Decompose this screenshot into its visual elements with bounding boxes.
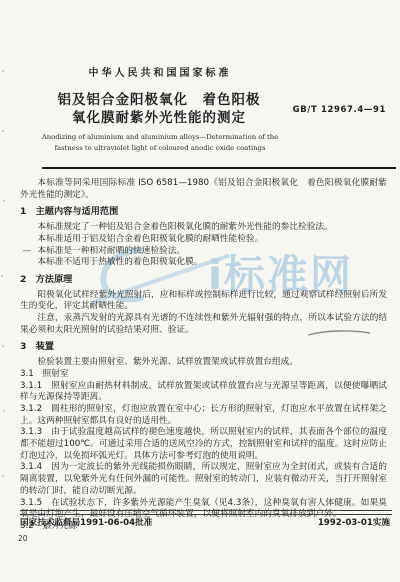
paragraph: 3.1.4 因为一定波长的紫外光线能损伤眼睛，所以规定，照射室应为全封闭式，或装… xyxy=(20,462,387,497)
header-rule xyxy=(42,167,396,169)
document-title-line1: 铝及铝合金阳极氧化 着色阳极 xyxy=(0,92,318,110)
paragraph-text: 本标准适用于铝及铝合金着色阳极氧化膜的耐晒性能检验。 xyxy=(37,234,263,244)
english-subtitle-line1: Anodizing of aluminium and aluminium all… xyxy=(0,132,320,143)
footer: 国家技术监督局1991-06-04批准 1992-03-01实施 xyxy=(20,516,390,528)
paragraph-text: 3.1 照射室 xyxy=(20,369,69,379)
paragraph-text: 本标准等同采用国际标准 ISO 6581—1980《铝及铝合金阳极氧化 着色阳极… xyxy=(20,178,387,200)
paragraph-text: 2 方法原理 xyxy=(20,274,72,285)
paragraph: 3.1.1 照射室应由耐热材料制成。试样放置架或试样放置台应与光源呈等距离，以便… xyxy=(20,381,387,404)
footer-rule xyxy=(20,510,392,515)
paragraph: 3.1.3 由于试验温度越高试样的褪色速度越快，所以照射室内的试样，其表面各个部… xyxy=(20,427,387,462)
paragraph: 本标准不适用于热敏性的着色阳极氧化膜。 xyxy=(20,257,387,269)
paragraph-text: 3.1.2 圆柱形的照射室，灯泡应放置在室中心；长方形的照射室，灯泡应水平放置在… xyxy=(20,404,387,426)
scan-artifact-curve xyxy=(306,328,372,338)
section-heading: 1 主题内容与适用范围 xyxy=(20,206,387,218)
english-subtitle-line2: fastness to ultraviolet light of coloure… xyxy=(0,143,320,154)
standard-code: GB/T 12967.4—91 xyxy=(293,105,386,115)
paragraph-text: 3.1.1 照射室应由耐热材料制成。试样放置架或试样放置台应与光源呈等距离，以便… xyxy=(20,381,387,403)
document-title-line2: 氧化膜耐紫外光性能的测定 xyxy=(0,110,318,128)
section-heading: 3 装置 xyxy=(20,341,387,353)
document-title: 铝及铝合金阳极氧化 着色阳极 氧化膜耐紫外光性能的测定 xyxy=(0,92,318,127)
page-number: 20 xyxy=(18,534,28,543)
paragraph: 本标准适用于铝及铝合金着色阳极氧化膜的耐晒性能检验。 xyxy=(20,234,387,246)
paragraph-text: 阳极氧化试样经紫外光照射后，应和标样或控制标样进行比较，通过观察试样经照射后所发… xyxy=(20,290,387,312)
national-standard-label: 中华人民共和国国家标准 xyxy=(0,64,320,79)
paragraph: —本标准是一种相对耐晒的快速检验法。 xyxy=(20,246,387,258)
paragraph-text: 3 装置 xyxy=(20,341,54,352)
paragraph: 本标准规定了一种铝及铝合金着色阳极氧化膜的耐紫外光性能的参比检验法。 xyxy=(20,222,387,234)
paragraph-text: 3.1.3 由于试验温度越高试样的褪色速度越快，所以照射室内的试样，其表面各个部… xyxy=(20,427,387,460)
margin-dash-mark: — xyxy=(5,246,31,258)
paragraph-text: 1 主题内容与适用范围 xyxy=(20,206,118,217)
implementation-date-text: 1992-03-01实施 xyxy=(318,516,390,528)
paragraph-text: 本标准规定了一种铝及铝合金着色阳极氧化膜的耐紫外光性能的参比检验法。 xyxy=(37,222,332,232)
english-subtitle: Anodizing of aluminium and aluminium all… xyxy=(0,132,320,154)
paragraph-text: 检验装置主要由照射室、紫外光源、试样放置架或试样放置台组成。 xyxy=(37,357,298,367)
approval-authority-text: 国家技术监督局1991-06-04批准 xyxy=(20,516,152,528)
paragraph: 阳极氧化试样经紫外光照射后，应和标样或控制标样进行比较，通过观察试样经照射后所发… xyxy=(20,290,387,313)
paragraph: 3.1.2 圆柱形的照射室，灯泡应放置在室中心；长方形的照射室，灯泡应水平放置在… xyxy=(20,404,387,427)
paragraph: 3.1 照射室 xyxy=(20,369,387,381)
body-blocks: 本标准等同采用国际标准 ISO 6581—1980《铝及铝合金阳极氧化 着色阳极… xyxy=(20,178,387,533)
paragraph-text: 3.1.4 因为一定波长的紫外光线能损伤眼睛，所以规定，照射室应为全封闭式，或装… xyxy=(20,462,387,495)
section-heading: 2 方法原理 xyxy=(20,274,387,286)
document-page: i标准网 中华人民共和国国家标准 铝及铝合金阳极氧化 着色阳极 氧化膜耐紫外光性… xyxy=(0,0,400,582)
paragraph: 检验装置主要由照射室、紫外光源、试样放置架或试样放置台组成。 xyxy=(20,357,387,369)
paragraph-text: 本标准是一种相对耐晒的快速检验法。 xyxy=(37,246,185,256)
paragraph-text: 本标准不适用于热敏性的着色阳极氧化膜。 xyxy=(37,257,202,267)
paragraph: 本标准等同采用国际标准 ISO 6581—1980《铝及铝合金阳极氧化 着色阳极… xyxy=(20,178,387,201)
